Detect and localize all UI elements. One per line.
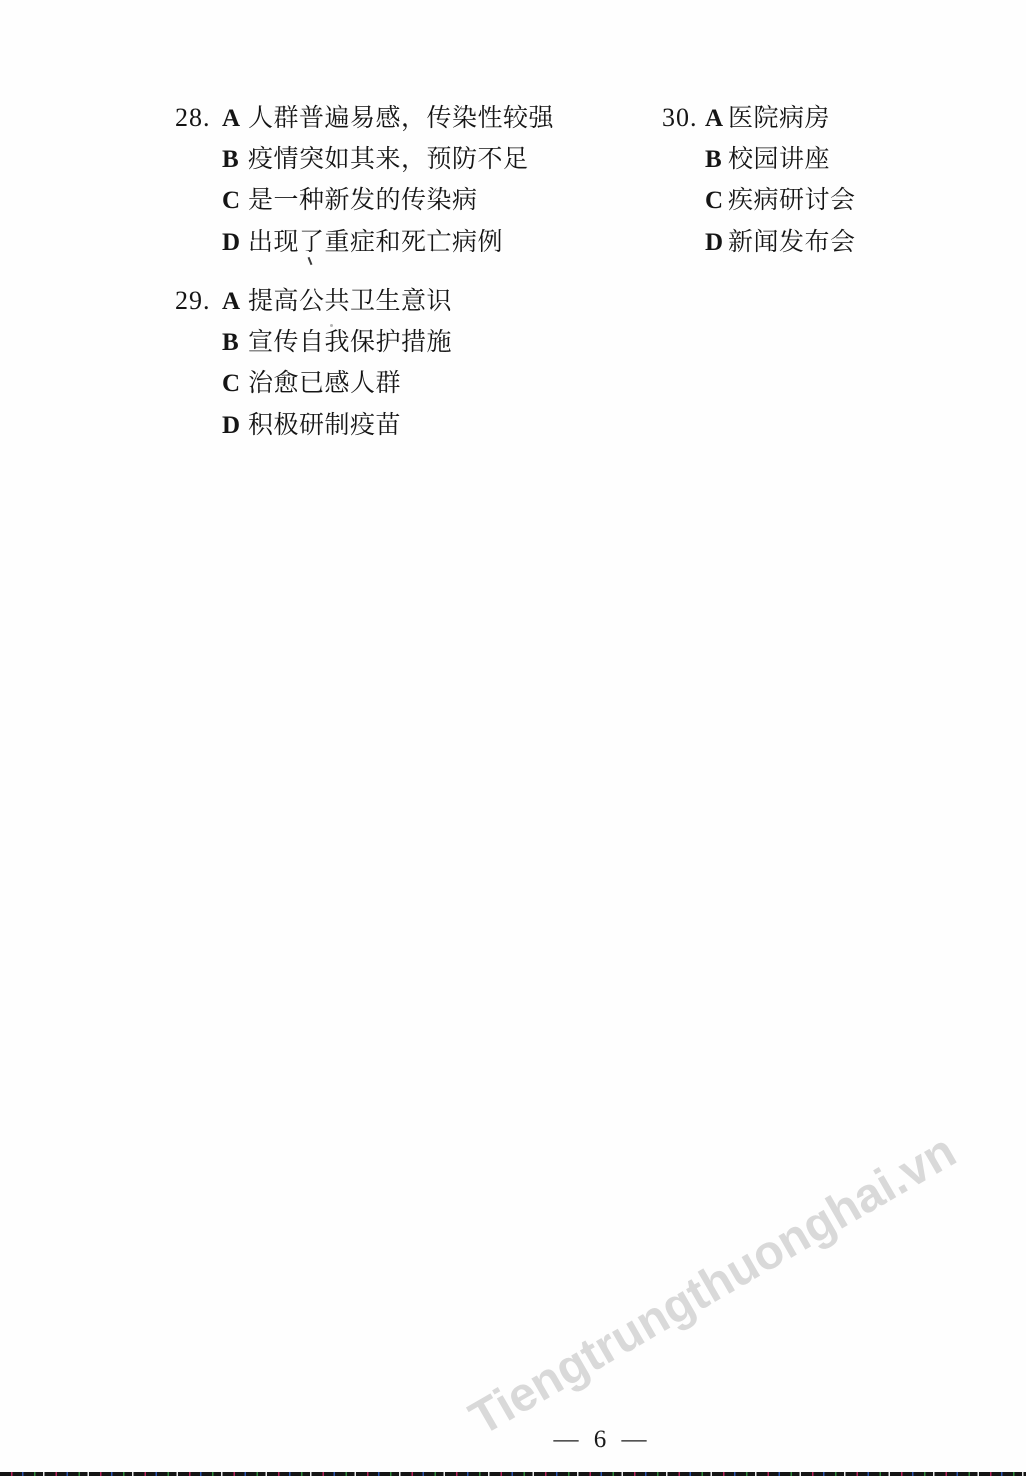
watermark-text: Tiengtrungthuonghai.vn	[462, 1126, 964, 1445]
question-29: 29.A提高公共卫生意识 B宣传自我保护措施 C治愈已感人群 D积极研制疫苗	[175, 280, 452, 446]
option-row: C疾病研讨会	[662, 180, 856, 222]
question-number: 28.	[175, 97, 222, 139]
exam-page: 28.A人群普遍易感，传染性较强 B疫情突如其来，预防不足 C是一种新发的传染病…	[0, 0, 1026, 1480]
option-row: D新闻发布会	[662, 222, 856, 264]
option-row: 30.A医院病房	[662, 97, 856, 139]
option-row: B宣传自我保护措施	[175, 322, 452, 364]
option-row: C是一种新发的传染病	[175, 180, 554, 222]
page-bottom-edge-line	[0, 1472, 1026, 1476]
question-30: 30.A医院病房 B校园讲座 C疾病研讨会 D新闻发布会	[662, 97, 856, 263]
option-row: D出现了重症和死亡病例	[175, 222, 554, 264]
option-text: 疫情突如其来，预防不足	[248, 146, 529, 173]
option-text: 出现了重症和死亡病例	[248, 229, 503, 256]
scan-artifact	[330, 324, 333, 327]
option-letter: D	[222, 222, 248, 264]
option-row: D积极研制疫苗	[175, 405, 452, 447]
option-letter: B	[222, 322, 248, 364]
option-text: 医院病房	[728, 105, 830, 132]
option-text: 校园讲座	[728, 146, 830, 173]
option-row: 28.A人群普遍易感，传染性较强	[175, 97, 554, 139]
option-letter: B	[222, 139, 248, 181]
option-text: 积极研制疫苗	[248, 412, 401, 439]
option-text: 疾病研讨会	[728, 187, 856, 214]
option-letter: D	[705, 222, 728, 264]
question-number: 29.	[175, 280, 222, 322]
option-letter: A	[222, 98, 248, 140]
option-text: 宣传自我保护措施	[248, 329, 452, 356]
option-text: 新闻发布会	[728, 229, 856, 256]
option-letter: C	[222, 180, 248, 222]
option-row: C治愈已感人群	[175, 363, 452, 405]
option-text: 人群普遍易感，传染性较强	[248, 105, 554, 132]
option-text: 治愈已感人群	[248, 370, 401, 397]
option-letter: B	[705, 139, 728, 181]
option-letter: D	[222, 405, 248, 447]
option-letter: A	[705, 98, 728, 140]
question-number: 30.	[662, 97, 705, 139]
option-letter: C	[222, 363, 248, 405]
option-letter: C	[705, 180, 728, 222]
option-row: B校园讲座	[662, 139, 856, 181]
page-number: — 6 —	[540, 1426, 660, 1454]
question-28: 28.A人群普遍易感，传染性较强 B疫情突如其来，预防不足 C是一种新发的传染病…	[175, 97, 554, 263]
option-text: 提高公共卫生意识	[248, 288, 452, 315]
option-row: 29.A提高公共卫生意识	[175, 280, 452, 322]
option-row: B疫情突如其来，预防不足	[175, 139, 554, 181]
option-text: 是一种新发的传染病	[248, 187, 478, 214]
option-letter: A	[222, 281, 248, 323]
